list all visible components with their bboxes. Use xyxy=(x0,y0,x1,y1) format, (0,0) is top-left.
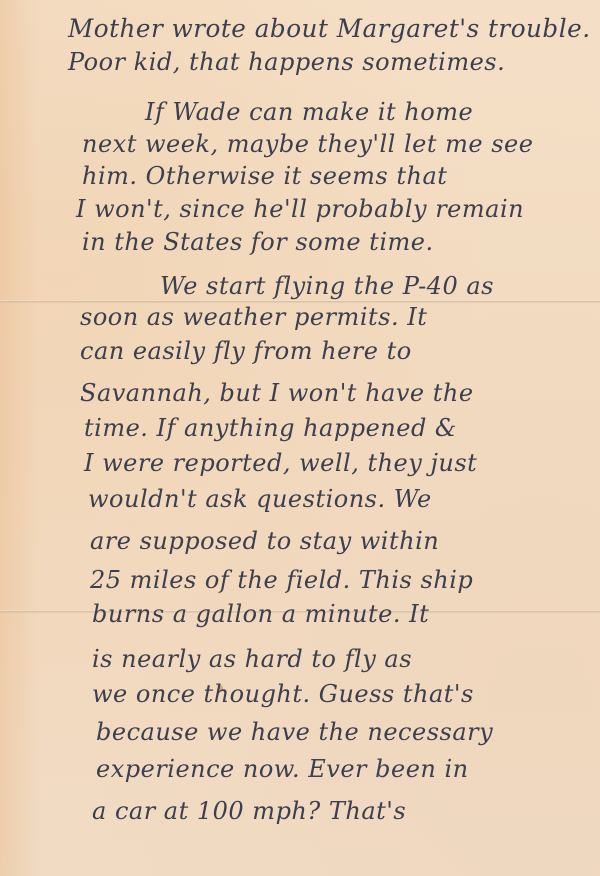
letter-line: soon as weather permits. It xyxy=(80,303,427,331)
letter-line: next week, maybe they'll let me see xyxy=(82,130,533,158)
letter-line: him. Otherwise it seems that xyxy=(82,162,447,190)
letter-line: Poor kid, that happens sometimes. xyxy=(68,48,505,76)
letter-line: burns a gallon a minute. It xyxy=(92,600,429,628)
letter-line: time. If anything happened & xyxy=(84,414,457,442)
letter-line: Mother wrote about Margaret's trouble. xyxy=(68,14,591,43)
paper-edge-shading xyxy=(0,0,40,876)
letter-line: I were reported, well, they just xyxy=(84,449,477,477)
letter-line: If Wade can make it home xyxy=(145,98,473,126)
letter-line: is nearly as hard to fly as xyxy=(92,645,412,673)
letter-line: I won't, since he'll probably remain xyxy=(76,195,524,223)
letter-line: we once thought. Guess that's xyxy=(92,680,474,708)
letter-line: because we have the necessary xyxy=(96,718,493,746)
letter-line: wouldn't ask questions. We xyxy=(88,485,432,513)
letter-line: a car at 100 mph? That's xyxy=(92,797,406,825)
letter-line: experience now. Ever been in xyxy=(96,755,469,783)
letter-line: can easily fly from here to xyxy=(80,337,412,365)
letter-line: in the States for some time. xyxy=(82,228,434,256)
letter-line: We start flying the P-40 as xyxy=(160,272,494,300)
letter-page: Mother wrote about Margaret's trouble. P… xyxy=(0,0,600,876)
letter-line: 25 miles of the field. This ship xyxy=(90,566,473,594)
letter-line: are supposed to stay within xyxy=(90,527,439,555)
letter-line: Savannah, but I won't have the xyxy=(80,379,474,407)
